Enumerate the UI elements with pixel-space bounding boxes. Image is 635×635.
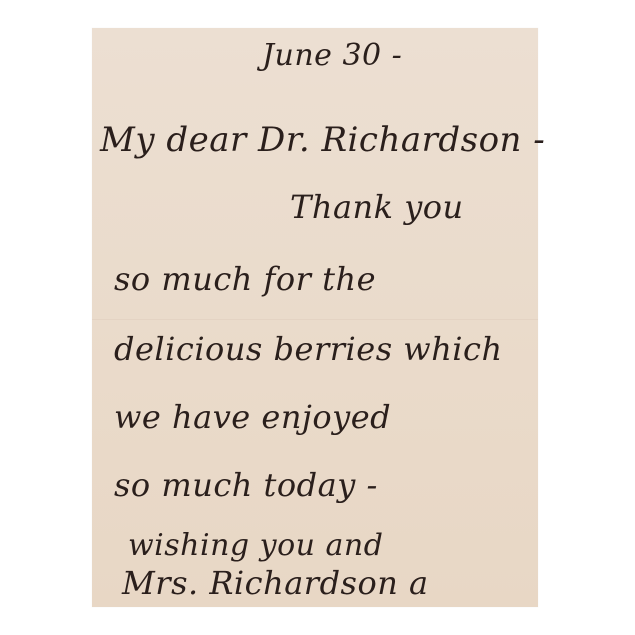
letter-line: so much today - <box>114 466 378 504</box>
letter-line: Mrs. Richardson a <box>122 564 429 602</box>
letter-line: wishing you and <box>128 528 383 563</box>
letter-line: Thank you <box>290 188 464 226</box>
letter-page: June 30 - My dear Dr. Richardson - Thank… <box>92 28 538 607</box>
letter-salutation: My dear Dr. Richardson - <box>100 120 545 160</box>
letter-date: June 30 - <box>262 38 402 73</box>
paper-fold-line <box>92 319 538 320</box>
letter-line: we have enjoyed <box>114 398 391 436</box>
letter-line: so much for the <box>114 260 376 298</box>
letter-line: delicious berries which <box>114 330 503 368</box>
